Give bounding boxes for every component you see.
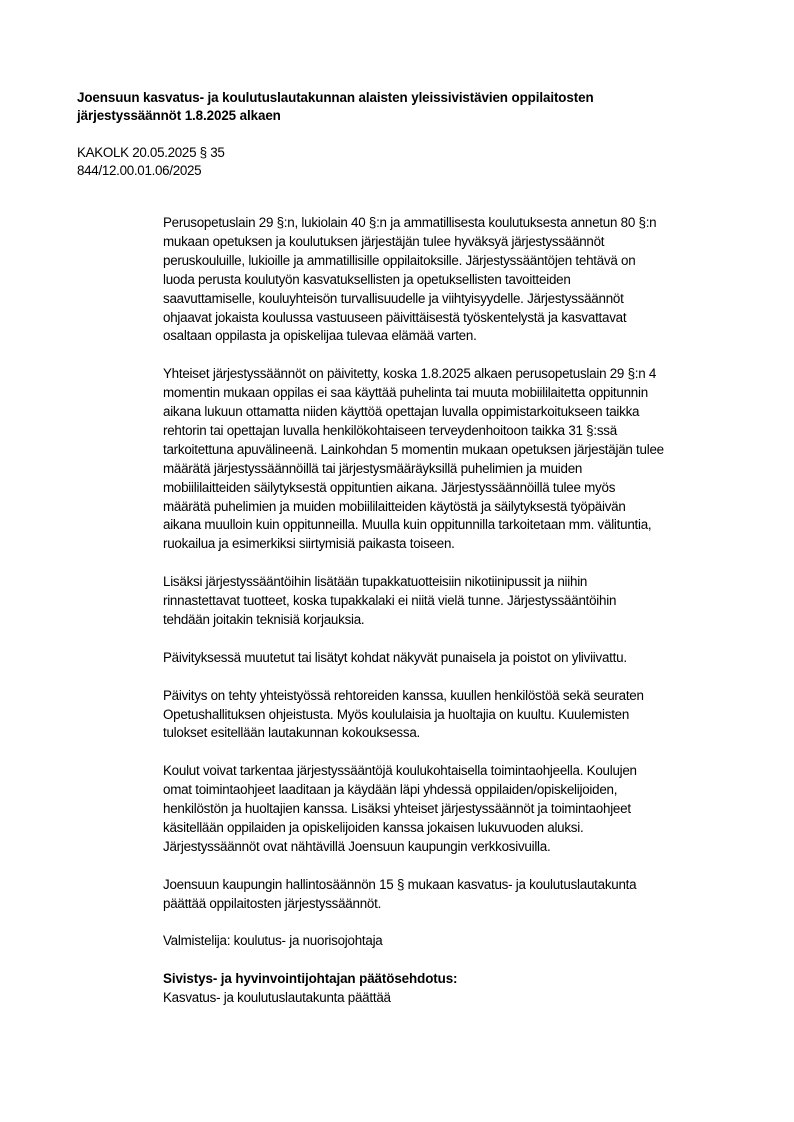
meeting-reference: KAKOLK 20.05.2025 § 35 — [77, 144, 225, 162]
paragraph-line: omat toimintaohjeet laaditaan ja käydään… — [163, 781, 743, 800]
paragraph-line: saavuttamiselle, kouluyhteisön turvallis… — [163, 290, 743, 309]
paragraph: Lisäksi järjestyssääntöihin lisätään tup… — [163, 573, 743, 630]
document-title: Joensuun kasvatus- ja koulutuslautakunna… — [77, 89, 717, 125]
paragraph: Yhteiset järjestyssäännöt on päivitetty,… — [163, 365, 743, 554]
paragraph-line: päättää oppilaitosten järjestyssäännöt. — [163, 895, 743, 914]
paragraph-line: mobiililaitteiden säilytyksestä oppitunt… — [163, 479, 743, 498]
record-number: 844/12.00.01.06/2025 — [77, 162, 225, 180]
paragraph-line: käsitellään oppilaiden ja opiskelijoiden… — [163, 819, 743, 838]
paragraph-line: Päivitys on tehty yhteistyössä rehtoreid… — [163, 687, 743, 706]
paragraph: Valmistelija: koulutus- ja nuorisojohtaj… — [163, 932, 743, 951]
document-page: Joensuun kasvatus- ja koulutuslautakunna… — [0, 0, 794, 1122]
paragraph: Koulut voivat tarkentaa järjestyssääntöj… — [163, 762, 743, 857]
paragraph-line: aikana lukuun ottamatta niiden käyttöä o… — [163, 403, 743, 422]
paragraph-line: rinnastettavat tuotteet, koska tupakkala… — [163, 592, 743, 611]
paragraph-line: ruokailua ja esimerkiksi siirtymisiä pai… — [163, 535, 743, 554]
paragraph-line: Perusopetuslain 29 §:n, lukiolain 40 §:n… — [163, 214, 743, 233]
paragraph-line: osaltaan oppilasta ja opiskelijaa tuleva… — [163, 327, 743, 346]
proposal-text: Kasvatus- ja koulutuslautakunta päättää — [163, 989, 743, 1008]
paragraph-line: Valmistelija: koulutus- ja nuorisojohtaj… — [163, 932, 743, 951]
paragraph-line: luoda perusta koulutyön kasvatukselliste… — [163, 271, 743, 290]
title-line-1: Joensuun kasvatus- ja koulutuslautakunna… — [77, 89, 717, 107]
title-line-2: järjestyssäännöt 1.8.2025 alkaen — [77, 107, 717, 125]
document-meta: KAKOLK 20.05.2025 § 35 844/12.00.01.06/2… — [77, 144, 225, 179]
paragraph-line: määrätä järjestyssäännöillä tai järjesty… — [163, 460, 743, 479]
paragraph: Päivitys on tehty yhteistyössä rehtoreid… — [163, 687, 743, 744]
paragraph-line: aikana muulloin kuin oppitunneilla. Muul… — [163, 516, 743, 535]
paragraph-line: tehdään joitakin teknisiä korjauksia. — [163, 611, 743, 630]
paragraph-line: mukaan opetuksen ja koulutuksen järjestä… — [163, 233, 743, 252]
paragraph-line: rehtorin tai opettajan luvalla henkilöko… — [163, 422, 743, 441]
proposal-heading: Sivistys- ja hyvinvointijohtajan päätöse… — [163, 970, 743, 989]
paragraph-line: Päivityksessä muutetut tai lisätyt kohda… — [163, 649, 743, 668]
paragraph: Perusopetuslain 29 §:n, lukiolain 40 §:n… — [163, 214, 743, 346]
paragraph-line: määrätä puhelimien ja muiden mobiililait… — [163, 498, 743, 517]
paragraph-line: Koulut voivat tarkentaa järjestyssääntöj… — [163, 762, 743, 781]
paragraph: Päivityksessä muutetut tai lisätyt kohda… — [163, 649, 743, 668]
paragraph-line: Järjestyssäännöt ovat nähtävillä Joensuu… — [163, 838, 743, 857]
paragraph-line: Lisäksi järjestyssääntöihin lisätään tup… — [163, 573, 743, 592]
paragraph: Joensuun kaupungin hallintosäännön 15 § … — [163, 876, 743, 914]
paragraph-line: ohjaavat jokaista koulussa vastuuseen pä… — [163, 309, 743, 328]
paragraph-line: henkilöstön ja huoltajien kanssa. Lisäks… — [163, 800, 743, 819]
paragraph-line: Joensuun kaupungin hallintosäännön 15 § … — [163, 876, 743, 895]
paragraph-line: Opetushallituksen ohjeistusta. Myös koul… — [163, 706, 743, 725]
document-body: Perusopetuslain 29 §:n, lukiolain 40 §:n… — [163, 214, 743, 1027]
paragraph-line: peruskouluille, lukioille ja ammatillisi… — [163, 252, 743, 271]
paragraph-line: momentin mukaan oppilas ei saa käyttää p… — [163, 384, 743, 403]
proposal-section: Sivistys- ja hyvinvointijohtajan päätöse… — [163, 970, 743, 1008]
paragraph-line: Yhteiset järjestyssäännöt on päivitetty,… — [163, 365, 743, 384]
paragraph-line: tulokset esitellään lautakunnan kokoukse… — [163, 724, 743, 743]
paragraph-line: tarkoitettuna apuvälineenä. Lainkohdan 5… — [163, 441, 743, 460]
